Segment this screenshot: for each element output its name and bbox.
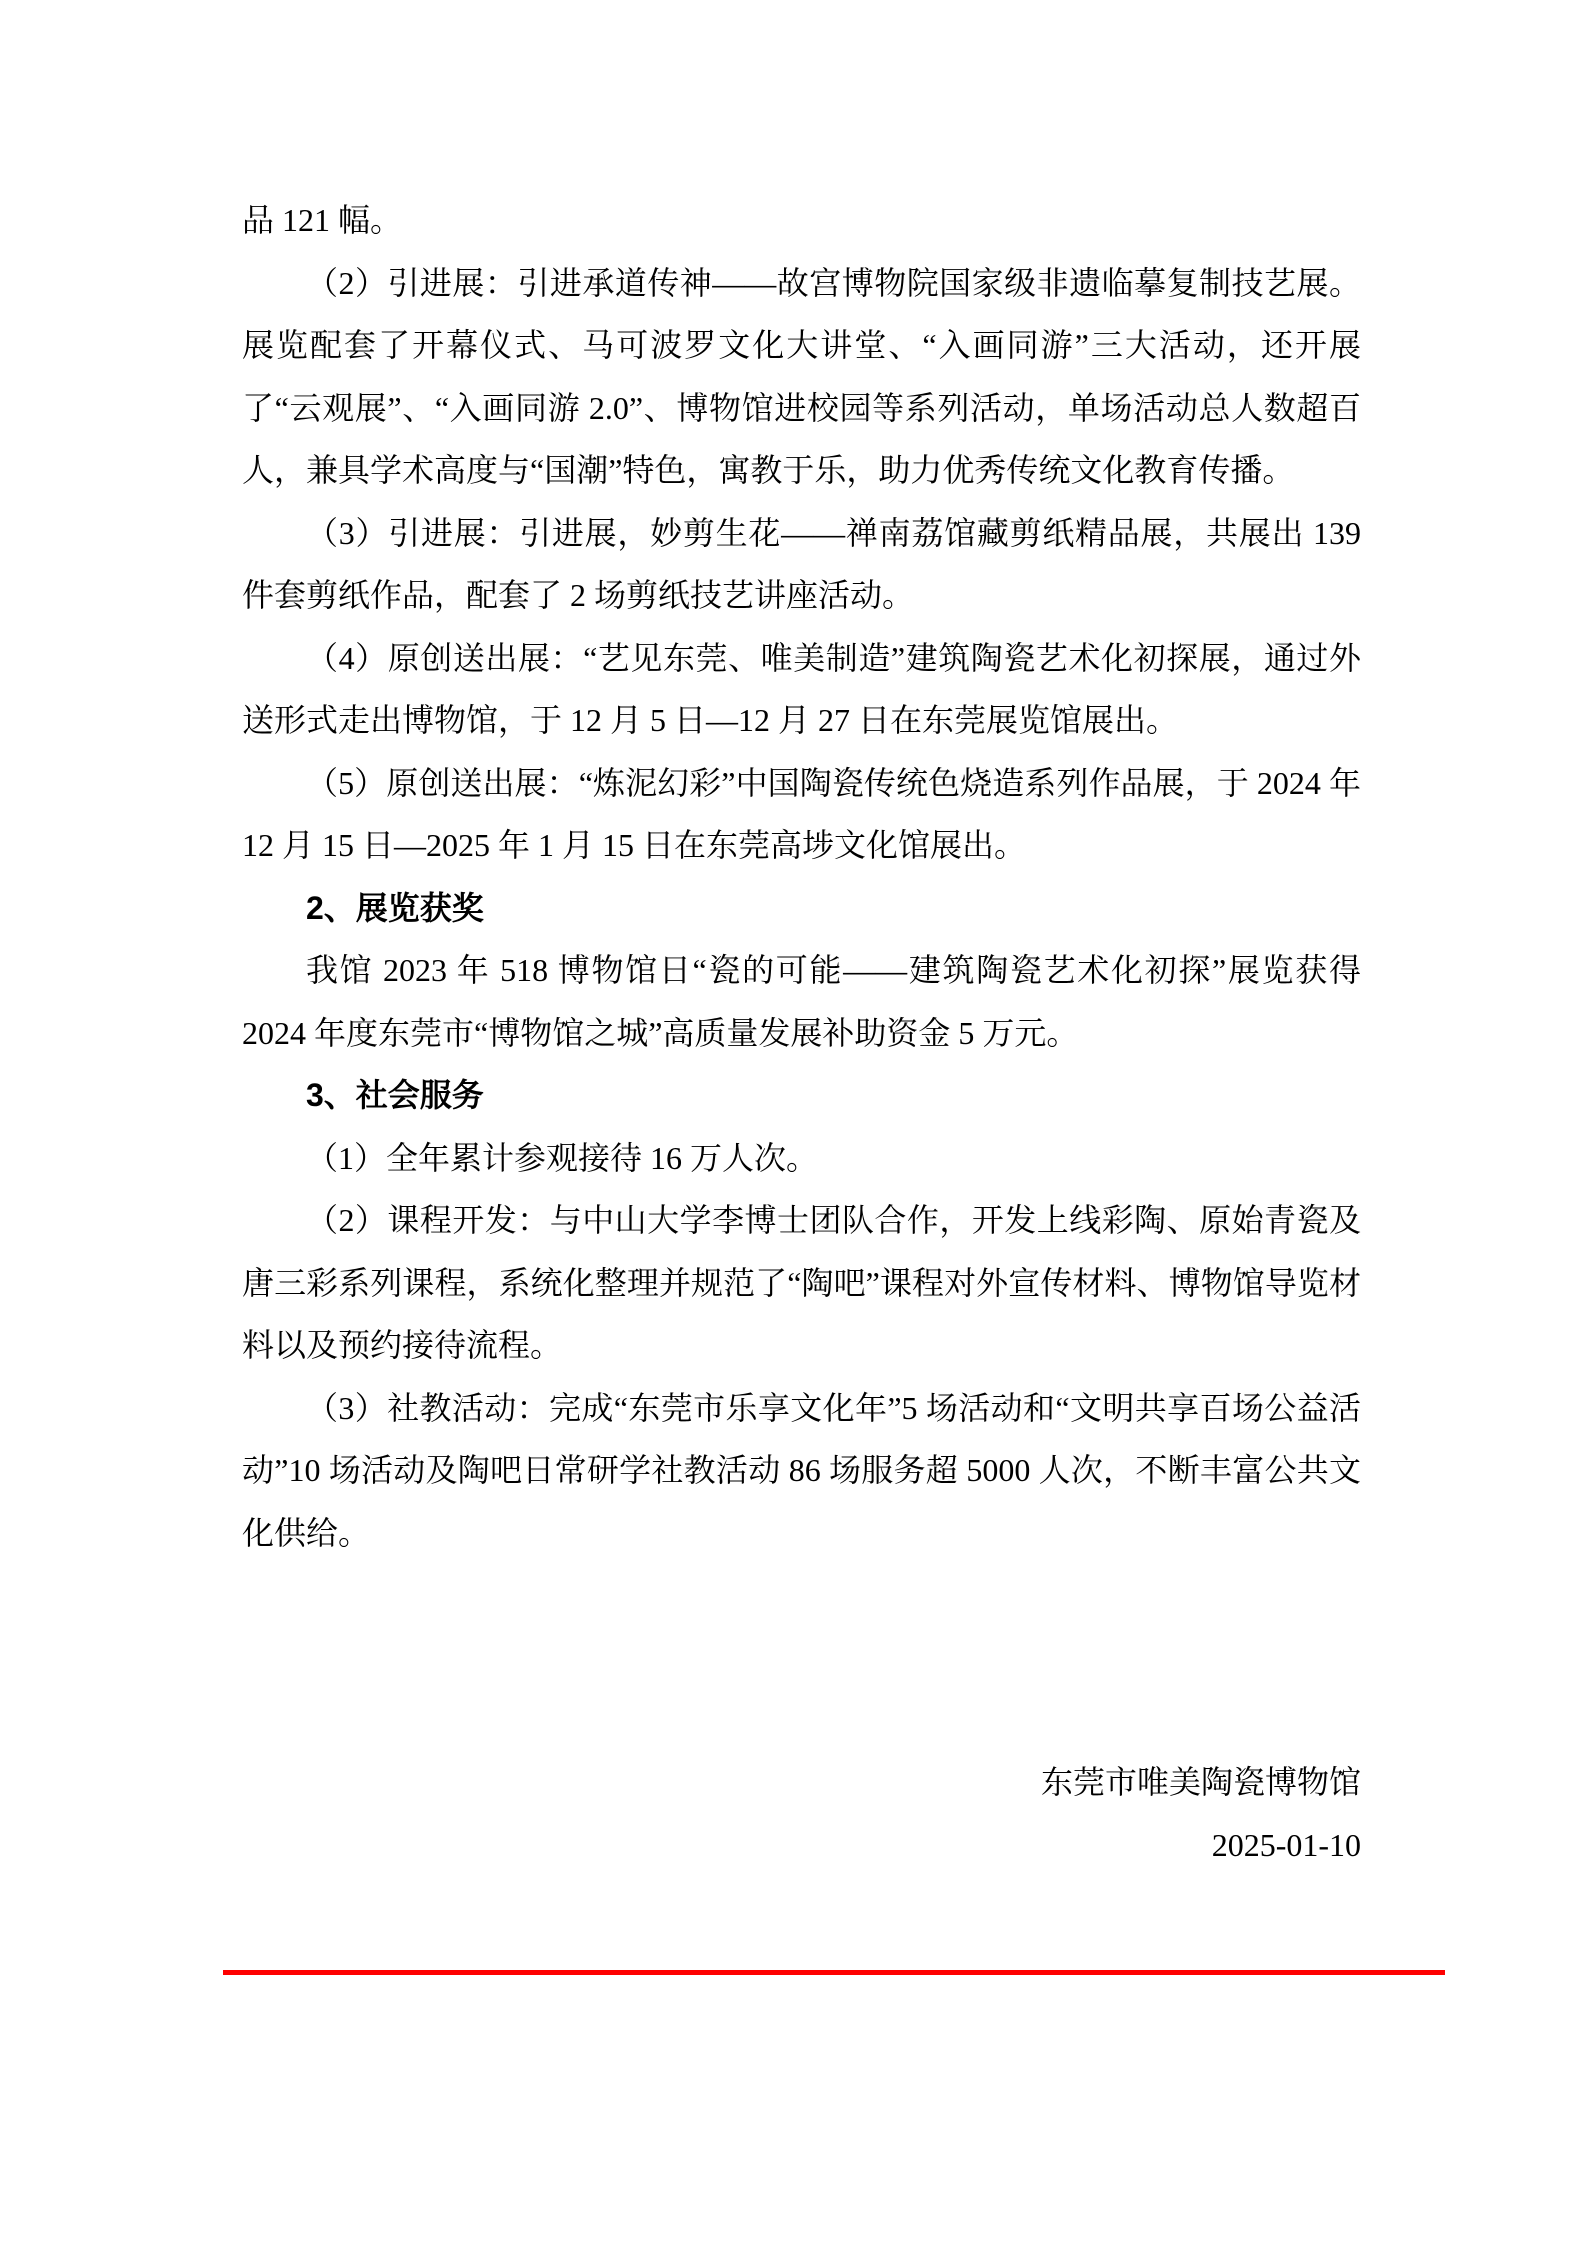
paragraph: （2）引进展：引进承道传神——故宫博物院国家级非遗临摹复制技艺展。展览配套了开幕… [242,252,1361,502]
paragraph: （3）引进展：引进展，妙剪生花——禅南荔馆藏剪纸精品展，共展出 139 件套剪纸… [242,502,1361,627]
red-divider-line [223,1970,1445,1975]
section-heading-exhibition-awards: 2、展览获奖 [242,877,1361,940]
paragraph: （3）社教活动：完成“东莞市乐享文化年”5 场活动和“文明共享百场公益活动”10… [242,1377,1361,1565]
signature-organization: 东莞市唯美陶瓷博物馆 [242,1751,1361,1814]
section-heading-social-services: 3、社会服务 [242,1064,1361,1127]
paragraph: （2）课程开发：与中山大学李博士团队合作，开发上线彩陶、原始青瓷及唐三彩系列课程… [242,1189,1361,1377]
paragraph: 品 121 幅。 [242,189,1361,252]
paragraph: （5）原创送出展：“炼泥幻彩”中国陶瓷传统色烧造系列作品展，于 2024 年 1… [242,752,1361,877]
document-text-block: 品 121 幅。 （2）引进展：引进承道传神——故宫博物院国家级非遗临摹复制技艺… [242,189,1361,1876]
paragraph: 我馆 2023 年 518 博物馆日“瓷的可能——建筑陶瓷艺术化初探”展览获得 … [242,939,1361,1064]
document-page: 品 121 幅。 （2）引进展：引进承道传神——故宫博物院国家级非遗临摹复制技艺… [0,0,1587,2245]
signature-block: 东莞市唯美陶瓷博物馆 2025-01-10 [242,1751,1361,1876]
signature-date: 2025-01-10 [242,1814,1361,1877]
paragraph: （4）原创送出展：“艺见东莞、唯美制造”建筑陶瓷艺术化初探展，通过外送形式走出博… [242,627,1361,752]
paragraph: （1）全年累计参观接待 16 万人次。 [242,1127,1361,1190]
